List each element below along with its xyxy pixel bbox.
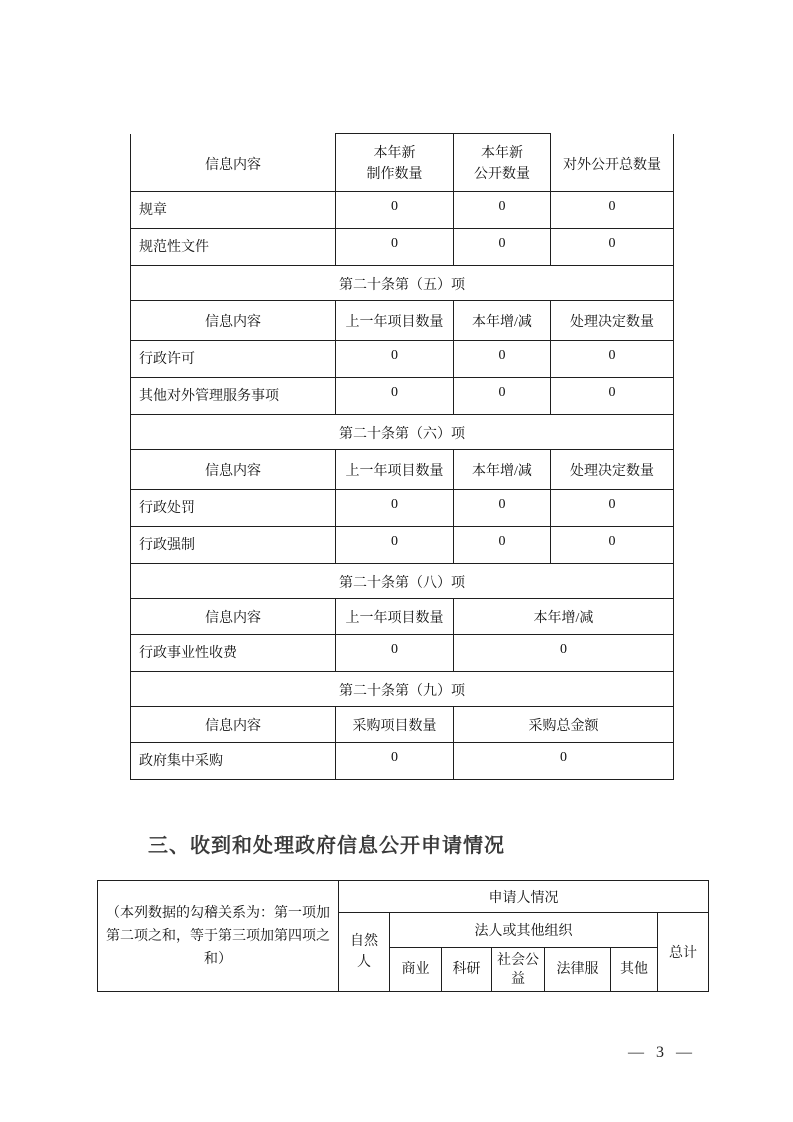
stats-header-cell: 信息内容 xyxy=(131,450,336,490)
stats-value-cell: 0 xyxy=(551,341,674,378)
table-row: 第二十条第（五）项 xyxy=(131,266,674,301)
subcol-other-cell: 其他 xyxy=(611,948,658,992)
stats-header-cell: 本年增/减 xyxy=(454,450,551,490)
stats-value-cell: 0 xyxy=(551,490,674,527)
stats-label-cell: 行政许可 xyxy=(131,341,336,378)
stats-label-cell: 规范性文件 xyxy=(131,229,336,266)
stats-value-cell: 0 xyxy=(551,192,674,229)
stats-header-cell: 上一年项目数量 xyxy=(336,301,454,341)
table-row: 规范性文件 0 0 0 xyxy=(131,229,674,266)
stats-header-cell: 采购总金额 xyxy=(454,707,674,743)
stats-header-cell: 处理决定数量 xyxy=(551,450,674,490)
table-row: 政府集中采购 0 0 xyxy=(131,743,674,780)
table-row: 信息内容 采购项目数量 采购总金额 xyxy=(131,707,674,743)
subcol-public-welfare-cell: 社会公益 xyxy=(492,948,545,992)
stats-value-cell: 0 xyxy=(454,341,551,378)
stats-header-cell: 本年新 制作数量 xyxy=(336,134,454,192)
note-cell: （本列数据的勾稽关系为：第一项加第二项之和，等于第三项加第四项之和） xyxy=(98,881,339,992)
stats-value-cell: 0 xyxy=(454,229,551,266)
stats-value-cell: 0 xyxy=(551,378,674,415)
table-row: 行政处罚 0 0 0 xyxy=(131,490,674,527)
stats-value-cell: 0 xyxy=(454,490,551,527)
section-title-cell: 第二十条第（九）项 xyxy=(131,672,674,707)
stats-header-cell: 上一年项目数量 xyxy=(336,599,454,635)
table-row: 其他对外管理服务事项 0 0 0 xyxy=(131,378,674,415)
section-title-cell: 第二十条第（六）项 xyxy=(131,415,674,450)
stats-header-cell: 信息内容 xyxy=(131,707,336,743)
stats-value-cell: 0 xyxy=(454,192,551,229)
stats-value-cell: 0 xyxy=(336,192,454,229)
table-row: 第二十条第（九）项 xyxy=(131,672,674,707)
stats-table: 信息内容 本年新 制作数量 本年新 公开数量 对外公开总数量 规章 0 0 0 … xyxy=(130,133,674,780)
stats-label-cell: 行政事业性收费 xyxy=(131,635,336,672)
table-row: 规章 0 0 0 xyxy=(131,192,674,229)
applicant-header-cell: 申请人情况 xyxy=(339,881,709,913)
table-row: 信息内容 上一年项目数量 本年增/减 xyxy=(131,599,674,635)
stats-label-cell: 规章 xyxy=(131,192,336,229)
stats-label-cell: 行政强制 xyxy=(131,527,336,564)
stats-header-cell: 上一年项目数量 xyxy=(336,450,454,490)
stats-value-cell: 0 xyxy=(551,527,674,564)
stats-header-cell: 对外公开总数量 xyxy=(551,134,674,192)
total-cell: 总计 xyxy=(658,913,709,992)
stats-header-cell: 本年增/减 xyxy=(454,599,674,635)
stats-value-cell: 0 xyxy=(454,378,551,415)
stats-header-cell: 信息内容 xyxy=(131,301,336,341)
table-row: 行政强制 0 0 0 xyxy=(131,527,674,564)
stats-header-cell: 本年增/减 xyxy=(454,301,551,341)
stats-value-cell: 0 xyxy=(454,743,674,780)
stats-header-cell: 信息内容 xyxy=(131,599,336,635)
stats-header-cell: 采购项目数量 xyxy=(336,707,454,743)
stats-header-cell: 本年新 公开数量 xyxy=(454,134,551,192)
legal-org-group-cell: 法人或其他组织 xyxy=(390,913,658,948)
stats-value-cell: 0 xyxy=(454,527,551,564)
subcol-research-cell: 科研 xyxy=(442,948,492,992)
subcol-legal-service-cell: 法律服 xyxy=(545,948,611,992)
stats-value-cell: 0 xyxy=(551,229,674,266)
table-row: 第二十条第（八）项 xyxy=(131,564,674,599)
stats-value-cell: 0 xyxy=(336,490,454,527)
section-title-cell: 第二十条第（八）项 xyxy=(131,564,674,599)
page-number: — 3 — xyxy=(595,1044,725,1062)
stats-label-cell: 政府集中采购 xyxy=(131,743,336,780)
section-title-cell: 第二十条第（五）项 xyxy=(131,266,674,301)
table-row: 第二十条第（六）项 xyxy=(131,415,674,450)
stats-value-cell: 0 xyxy=(336,341,454,378)
stats-value-cell: 0 xyxy=(336,378,454,415)
section-heading: 三、收到和处理政府信息公开申请情况 xyxy=(148,829,505,858)
stats-value-cell: 0 xyxy=(336,527,454,564)
stats-value-cell: 0 xyxy=(336,229,454,266)
stats-value-cell: 0 xyxy=(336,635,454,672)
stats-header-cell: 信息内容 xyxy=(131,134,336,192)
request-table: （本列数据的勾稽关系为：第一项加第二项之和，等于第三项加第四项之和） 申请人情况… xyxy=(97,880,709,992)
stats-value-cell: 0 xyxy=(454,635,674,672)
table-row: （本列数据的勾稽关系为：第一项加第二项之和，等于第三项加第四项之和） 申请人情况 xyxy=(98,881,709,913)
table-row: 行政许可 0 0 0 xyxy=(131,341,674,378)
stats-label-cell: 行政处罚 xyxy=(131,490,336,527)
table-row: 信息内容 上一年项目数量 本年增/减 处理决定数量 xyxy=(131,450,674,490)
stats-label-cell: 其他对外管理服务事项 xyxy=(131,378,336,415)
stats-header-cell: 处理决定数量 xyxy=(551,301,674,341)
document-page: { "page": { "number": "— 3 —" }, "sectio… xyxy=(0,0,793,1122)
table-row: 行政事业性收费 0 0 xyxy=(131,635,674,672)
table-row: 信息内容 本年新 制作数量 本年新 公开数量 对外公开总数量 xyxy=(131,134,674,192)
stats-value-cell: 0 xyxy=(336,743,454,780)
table-row: 信息内容 上一年项目数量 本年增/减 处理决定数量 xyxy=(131,301,674,341)
subcol-business-cell: 商业 xyxy=(390,948,442,992)
natural-person-cell: 自然人 xyxy=(339,913,390,992)
